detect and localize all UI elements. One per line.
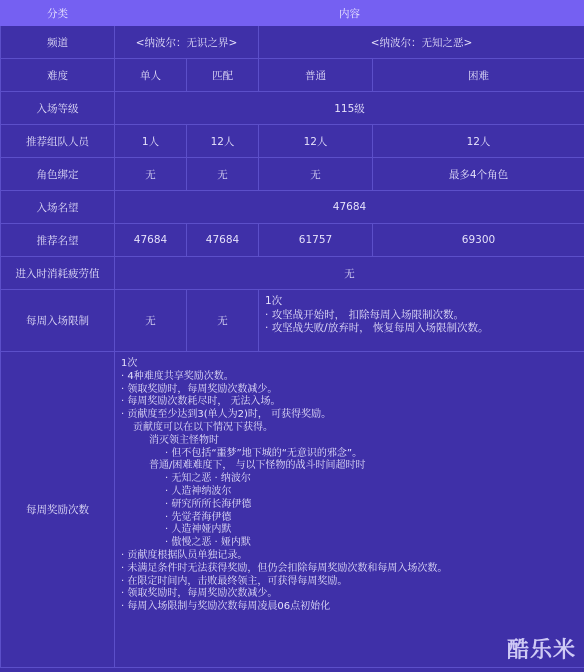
weekly-reward-line: 但不包括“噩梦”地下城的“无意识的邪念”。: [121, 448, 584, 461]
binding-value: 最多4个角色: [373, 158, 584, 191]
weekly-reward-line: 未满足条件时无法获得奖励，但仍会扣除每周奖励次数和每周入场次数。: [121, 563, 584, 576]
row-label: 推荐名望: [1, 224, 115, 257]
binding-value: 无: [187, 158, 259, 191]
party-value: 1人: [115, 125, 187, 158]
channel-value: <纳波尔：无知之恶>: [259, 26, 584, 59]
row-character-binding: 角色绑定 无 无 无 最多4个角色: [1, 158, 584, 191]
row-label: 频道: [1, 26, 115, 59]
weekly-limit-title: 1次: [265, 295, 584, 309]
weekly-reward-line: 人造神娅内默: [121, 524, 584, 537]
fatigue-value: 无: [115, 257, 584, 290]
reputation-value: 61757: [259, 224, 373, 257]
weekly-limit-value: 无: [187, 290, 259, 352]
reputation-value: 47684: [187, 224, 259, 257]
row-channel: 频道 <纳波尔：无识之界> <纳波尔：无知之恶>: [1, 26, 584, 59]
weekly-limit-value: 无: [115, 290, 187, 352]
party-value: 12人: [259, 125, 373, 158]
binding-value: 无: [115, 158, 187, 191]
weekly-reward-line: 人造神纳波尔: [121, 486, 584, 499]
weekly-reward-line: 贡献度至少达到3(单人为2)时， 可获得奖励。: [121, 409, 584, 422]
watermark-logo: 酷乐米: [507, 633, 576, 664]
difficulty-value: 普通: [259, 59, 373, 92]
row-label: 推荐组队人员: [1, 125, 115, 158]
row-recommended-party: 推荐组队人员 1人 12人 12人 12人: [1, 125, 584, 158]
header-category: 分类: [1, 1, 115, 26]
weekly-reward-line: 研究所所长海伊德: [121, 499, 584, 512]
row-weekly-reward-count: 每周奖励次数 1次 4种难度共享奖励次数。领取奖励时，每周奖励次数减少。每周奖励…: [1, 352, 584, 668]
weekly-reward-line: 领取奖励时，每周奖励次数减少。: [121, 384, 584, 397]
entry-level-value: 115级: [115, 92, 584, 125]
weekly-reward-title: 1次: [121, 358, 584, 371]
header-row: 分类 内容: [1, 1, 584, 26]
row-label: 角色绑定: [1, 158, 115, 191]
row-entry-level: 入场等级 115级: [1, 92, 584, 125]
binding-value: 无: [259, 158, 373, 191]
difficulty-value: 单人: [115, 59, 187, 92]
row-weekly-entry-limit: 每周入场限制 无 无 1次 攻坚战开始时， 扣除每周入场限制次数。 攻坚战失败/…: [1, 290, 584, 352]
dungeon-info-table: 分类 内容 频道 <纳波尔：无识之界> <纳波尔：无知之恶> 难度 单人 匹配 …: [0, 0, 584, 668]
weekly-reward-line: 4种难度共享奖励次数。: [121, 371, 584, 384]
row-label: 入场名望: [1, 191, 115, 224]
entry-reputation-value: 47684: [115, 191, 584, 224]
row-label: 每周入场限制: [1, 290, 115, 352]
weekly-reward-line: 每周奖励次数耗尽时， 无法入场。: [121, 396, 584, 409]
weekly-reward-line: 贡献度可以在以下情况下获得。: [121, 422, 584, 435]
weekly-reward-line: 傲慢之恶 · 娅内默: [121, 537, 584, 550]
weekly-limit-bullet: 攻坚战失败/放弃时， 恢复每周入场限制次数。: [265, 322, 584, 336]
header-content: 内容: [115, 1, 584, 26]
row-entry-reputation: 入场名望 47684: [1, 191, 584, 224]
row-difficulty: 难度 单人 匹配 普通 困难: [1, 59, 584, 92]
row-label: 入场等级: [1, 92, 115, 125]
reputation-value: 47684: [115, 224, 187, 257]
weekly-reward-line: 无知之恶 · 纳波尔: [121, 473, 584, 486]
row-label: 每周奖励次数: [1, 352, 115, 668]
weekly-reward-line: 每周入场限制与奖励次数每周凌晨06点初始化: [121, 601, 584, 614]
weekly-reward-line: 贡献度根据队员单独记录。: [121, 550, 584, 563]
row-fatigue-cost: 进入时消耗疲劳值 无: [1, 257, 584, 290]
difficulty-value: 困难: [373, 59, 584, 92]
party-value: 12人: [373, 125, 584, 158]
difficulty-value: 匹配: [187, 59, 259, 92]
weekly-reward-detail: 1次 4种难度共享奖励次数。领取奖励时，每周奖励次数减少。每周奖励次数耗尽时， …: [115, 352, 584, 668]
weekly-reward-line: 领取奖励时，每周奖励次数减少。: [121, 588, 584, 601]
row-label: 难度: [1, 59, 115, 92]
weekly-limit-bullet: 攻坚战开始时， 扣除每周入场限制次数。: [265, 309, 584, 323]
row-label: 进入时消耗疲劳值: [1, 257, 115, 290]
weekly-reward-line: 消灭领主怪物时: [121, 435, 584, 448]
party-value: 12人: [187, 125, 259, 158]
channel-value: <纳波尔：无识之界>: [115, 26, 259, 59]
weekly-limit-detail: 1次 攻坚战开始时， 扣除每周入场限制次数。 攻坚战失败/放弃时， 恢复每周入场…: [259, 290, 584, 352]
row-recommended-reputation: 推荐名望 47684 47684 61757 69300: [1, 224, 584, 257]
weekly-reward-line: 先觉者海伊德: [121, 512, 584, 525]
weekly-reward-line: 在限定时间内，击败最终领主，可获得每周奖励。: [121, 576, 584, 589]
weekly-reward-line: 普通/困难难度下， 与以下怪物的战斗时间超时时: [121, 460, 584, 473]
reputation-value: 69300: [373, 224, 584, 257]
